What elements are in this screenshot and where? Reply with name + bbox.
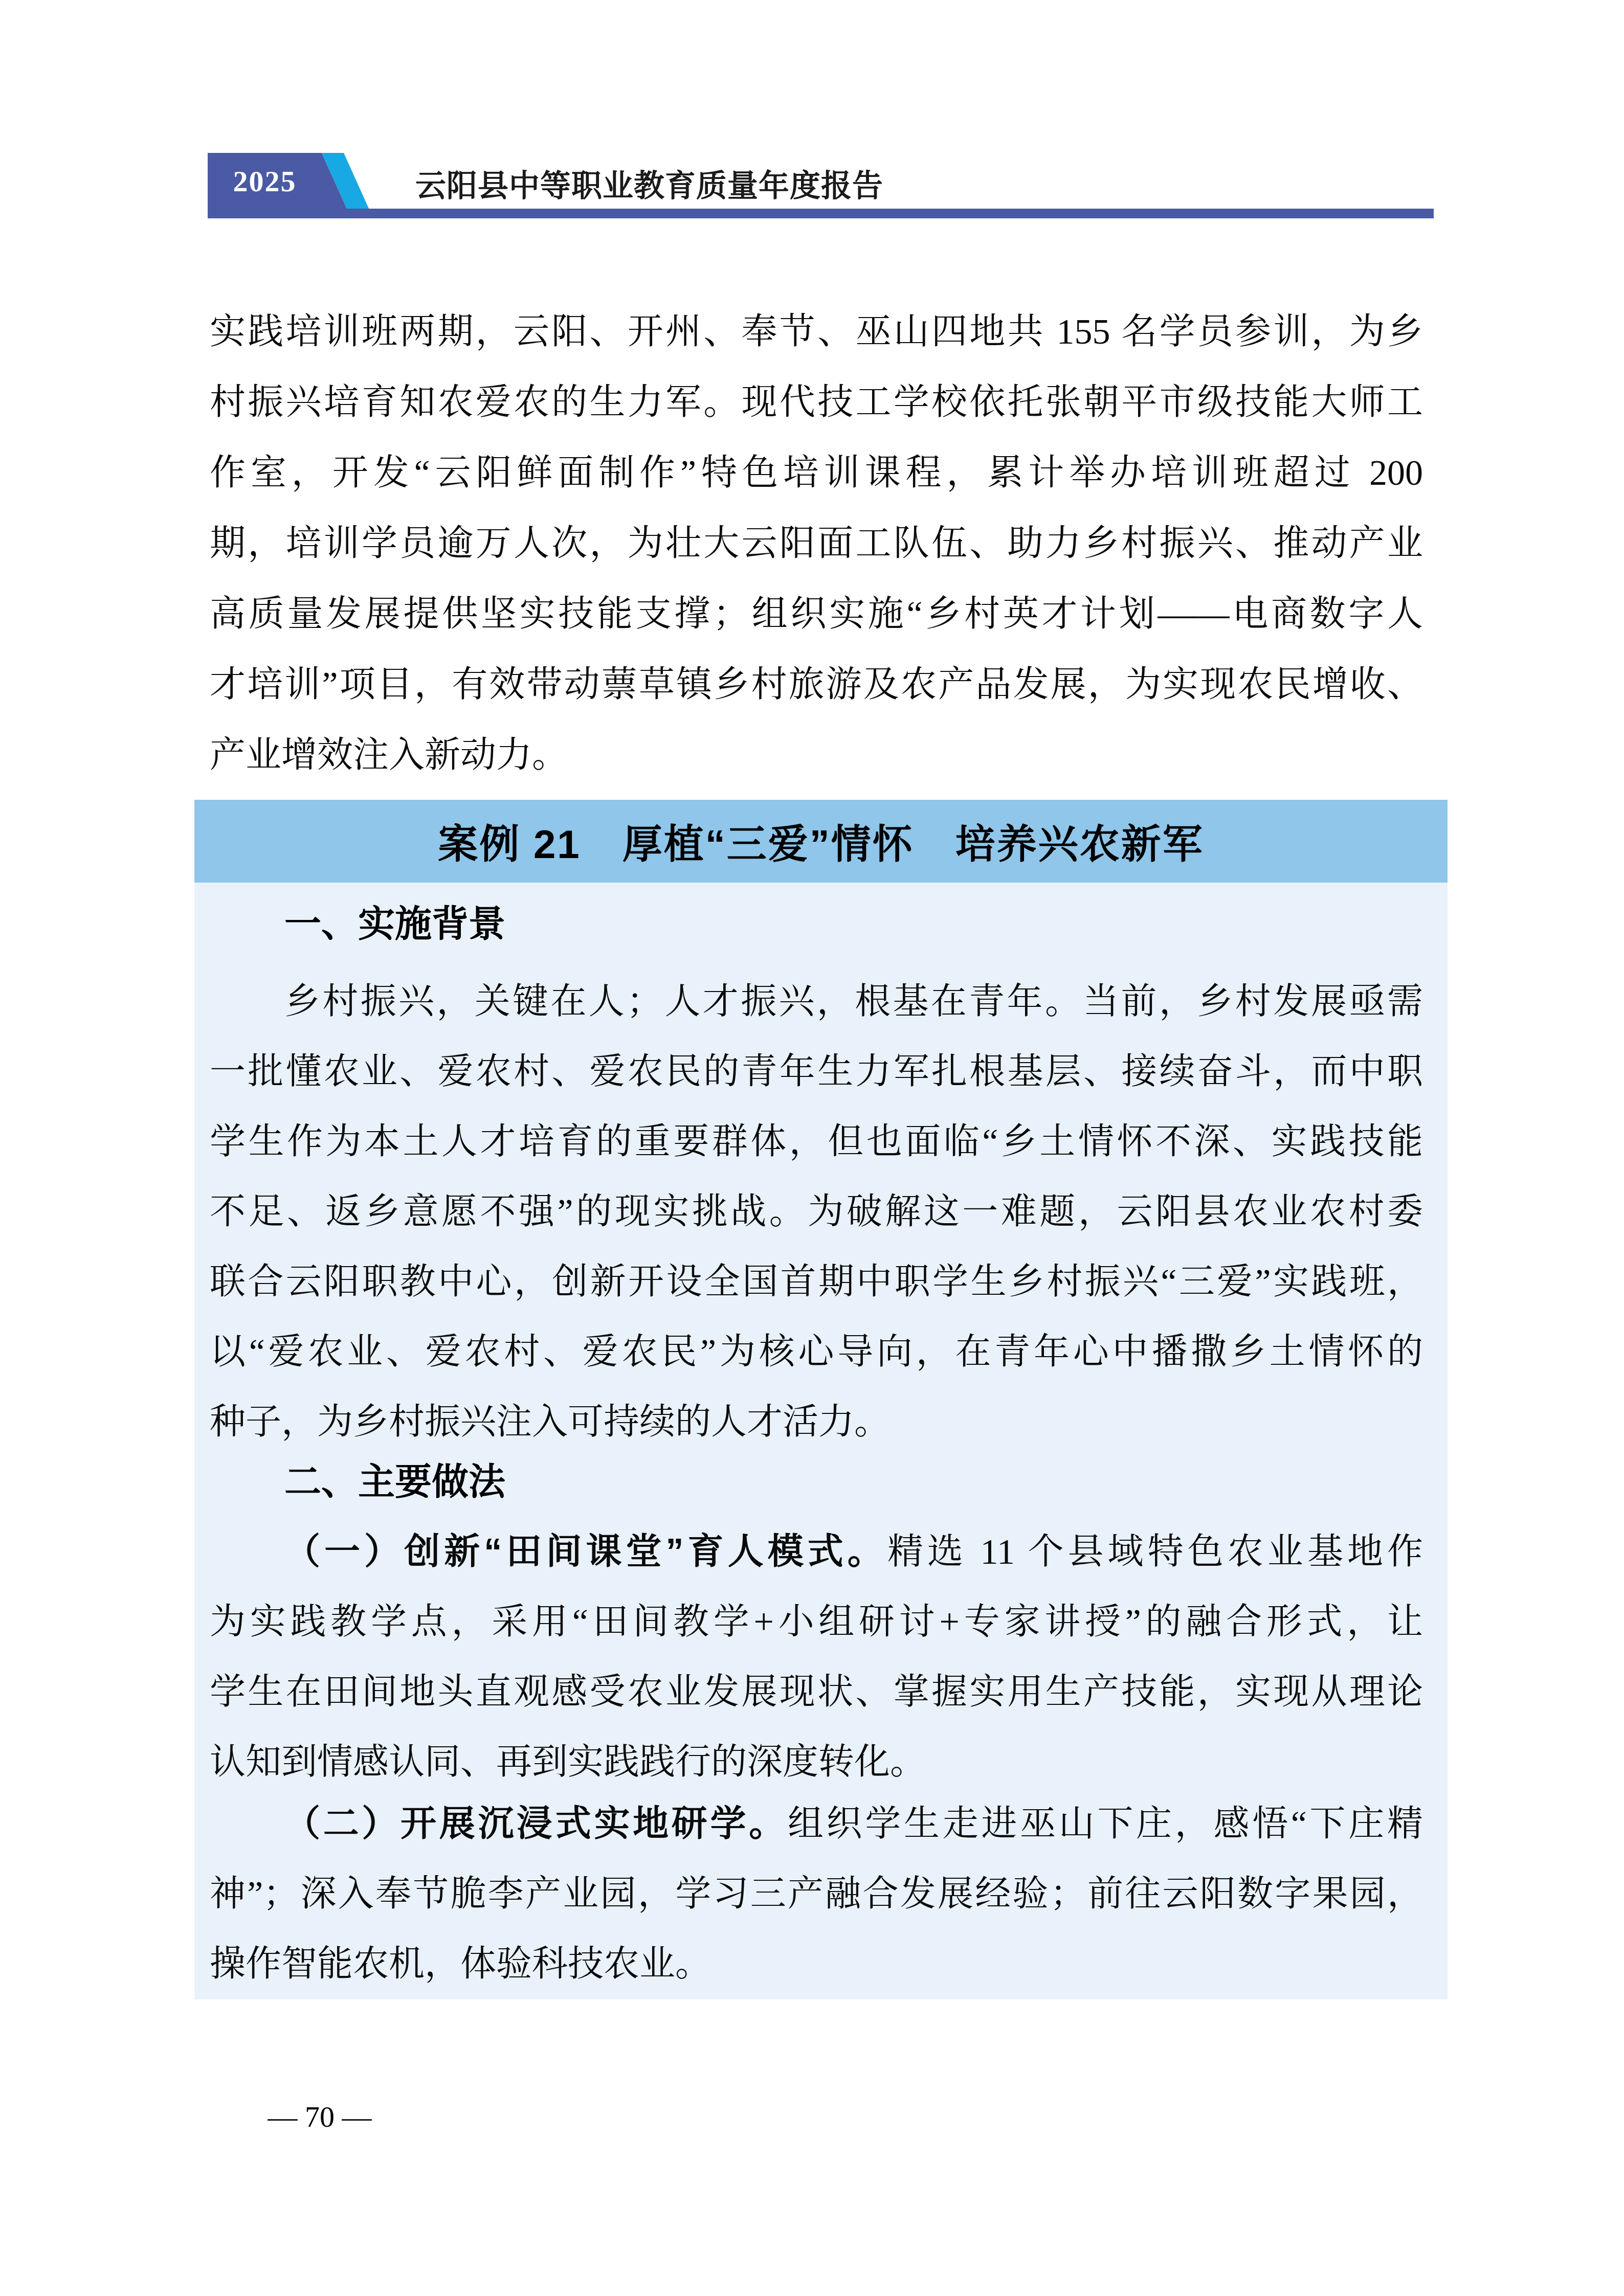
paragraph-line: 以“爱农业、爱农村、爱农民”为核心导向，在青年心中播撒乡土情怀的: [210, 1317, 1423, 1387]
header-year: 2025: [208, 153, 322, 210]
method-1-paragraph: （一）创新“田间课堂”育人模式。精选 11 个县域特色农业基地作 为实践教学点，…: [210, 1517, 1423, 1797]
document-page: 2025 云阳县中等职业教育质量年度报告 实践培训班两期，云阳、开州、奉节、巫山…: [0, 0, 1624, 2296]
paragraph-line: （二）开展沉浸式实地研学。组织学生走进巫山下庄，感悟“下庄精: [210, 1789, 1423, 1859]
paragraph-line: 高质量发展提供坚实技能支撑；组织实施“乡村英才计划——电商数字人: [210, 579, 1423, 650]
paragraph-line: 神”；深入奉节脆李产业园，学习三产融合发展经验；前往云阳数字果园，: [210, 1859, 1423, 1929]
method-2-paragraph: （二）开展沉浸式实地研学。组织学生走进巫山下庄，感悟“下庄精 神”；深入奉节脆李…: [210, 1789, 1423, 1999]
paragraph-line: 乡村振兴，关键在人；人才振兴，根基在青年。当前，乡村发展亟需: [210, 967, 1423, 1037]
paragraph-line: 学生作为本土人才培育的重要群体，但也面临“乡土情怀不深、实践技能: [210, 1107, 1423, 1177]
paragraph-line: 实践培训班两期，云阳、开州、奉节、巫山四地共 155 名学员参训，为乡: [210, 297, 1423, 368]
paragraph-line: 产业增效注入新动力。: [210, 721, 1423, 791]
paragraph-line: 作室，开发“云阳鲜面制作”特色培训课程，累计举办培训班超过 200: [210, 438, 1423, 509]
background-paragraph: 乡村振兴，关键在人；人才振兴，根基在青年。当前，乡村发展亟需 一批懂农业、爱农村…: [210, 967, 1423, 1457]
paragraph-line: 学生在田间地头直观感受农业发展现状、掌握实用生产技能，实现从理论: [210, 1657, 1423, 1727]
header-year-badge: 2025: [208, 153, 382, 210]
paragraph-line: 为实践教学点，采用“田间教学+小组研讨+专家讲授”的融合形式，让: [210, 1587, 1423, 1657]
section-heading-methods: 二、主要做法: [210, 1447, 1423, 1517]
paragraph-line: 操作智能农机，体验科技农业。: [210, 1929, 1423, 1999]
paragraph-line: 才培训”项目，有效带动蔈草镇乡村旅游及农产品发展，为实现农民增收、: [210, 650, 1423, 721]
section-heading-background: 一、实施背景: [210, 889, 1423, 959]
paragraph-line: 村振兴培育知农爱农的生力军。现代技工学校依托张朝平市级技能大师工: [210, 368, 1423, 438]
report-title: 云阳县中等职业教育质量年度报告: [415, 162, 1285, 202]
method-2-lead: （二）开展沉浸式实地研学。: [284, 1804, 788, 1843]
header-rule-bar: [208, 209, 1434, 218]
method-1-lead: （一）创新“田间课堂”育人模式。: [284, 1532, 887, 1571]
paragraph-line: 联合云阳职教中心，创新开设全国首期中职学生乡村振兴“三爱”实践班，: [210, 1247, 1423, 1317]
paragraph-line: 期，培训学员逾万人次，为壮大云阳面工队伍、助力乡村振兴、推动产业: [210, 509, 1423, 579]
case-banner-title: 案例 21 厚植“三爱”情怀 培养兴农新军: [438, 813, 1204, 870]
intro-paragraph: 实践培训班两期，云阳、开州、奉节、巫山四地共 155 名学员参训，为乡 村振兴培…: [210, 297, 1423, 791]
paragraph-line: 不足、返乡意愿不强”的现实挑战。为破解这一难题，云阳县农业农村委: [210, 1177, 1423, 1247]
case-banner: 案例 21 厚植“三爱”情怀 培养兴农新军: [194, 800, 1448, 883]
paragraph-line: 认知到情感认同、再到实践践行的深度转化。: [210, 1727, 1423, 1797]
paragraph-line: （一）创新“田间课堂”育人模式。精选 11 个县域特色农业基地作: [210, 1517, 1423, 1587]
page-number: — 70 —: [246, 2099, 394, 2135]
paragraph-line: 一批懂农业、爱农村、爱农民的青年生力军扎根基层、接续奋斗，而中职: [210, 1037, 1423, 1107]
method-2-rest: 组织学生走进巫山下庄，感悟“下庄精: [788, 1805, 1423, 1844]
method-1-rest: 精选 11 个县域特色农业基地作: [887, 1533, 1423, 1572]
